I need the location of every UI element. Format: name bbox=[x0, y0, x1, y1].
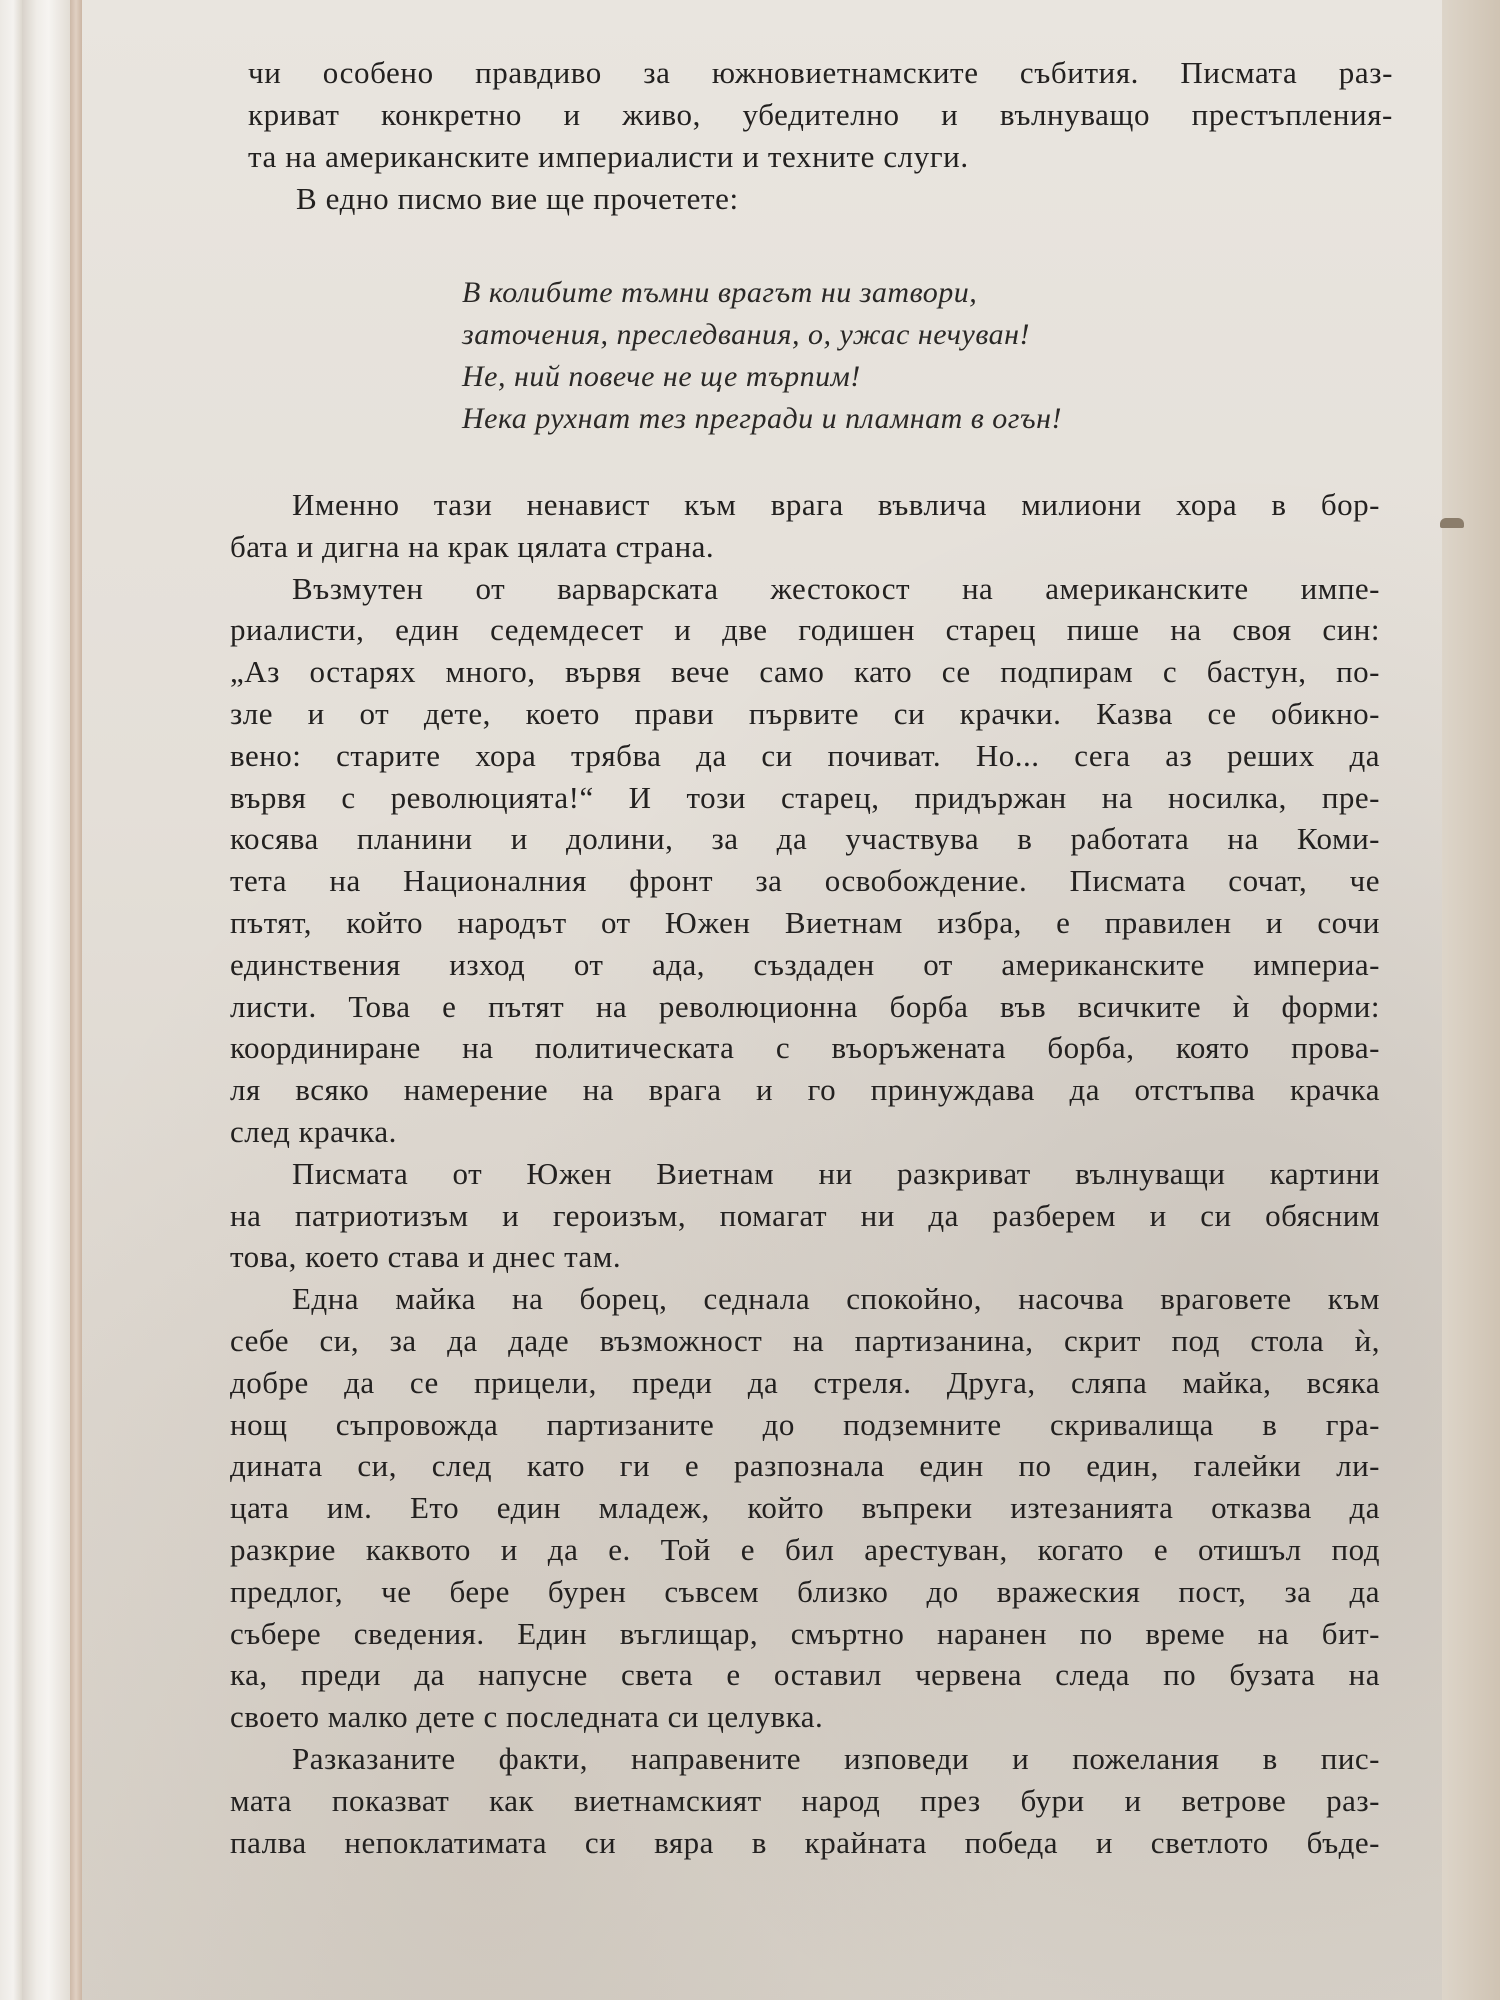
paragraph-4: Една майка на борец, седнала спокойно, н… bbox=[230, 1278, 1380, 1738]
book-spine bbox=[22, 0, 71, 2000]
poem-line: Не, ний повече не ще търпим! bbox=[462, 356, 1262, 398]
text-line: В едно писмо вие ще прочетете: bbox=[248, 178, 1393, 220]
text-line: ка, преди да напусне света е оставил чер… bbox=[230, 1654, 1380, 1696]
book-binding bbox=[0, 0, 22, 2000]
text-line: Именно тази ненавист към врага въвлича м… bbox=[230, 484, 1380, 526]
text-line: събере сведения. Един въглищар, смъртно … bbox=[230, 1613, 1380, 1655]
text-line: вървя с революцията!“ И този старец, при… bbox=[230, 777, 1380, 819]
text-line: дината си, след като ги е разпознала еди… bbox=[230, 1445, 1380, 1487]
poem-line: Нека рухнат тез прегради и пламнат в огъ… bbox=[462, 398, 1262, 440]
paragraph-5: Разказаните факти, направените изповеди … bbox=[230, 1738, 1380, 1863]
text-line: себе си, за да даде възможност на партиз… bbox=[230, 1320, 1380, 1362]
text-line: листи. Това е пътят на революционна борб… bbox=[230, 986, 1380, 1028]
text-line: палва непоклатимата си вяра в крайната п… bbox=[230, 1822, 1380, 1864]
text-line: косява планини и долини, за да участвува… bbox=[230, 818, 1380, 860]
text-line: ля всяко намерение на врага и го принужд… bbox=[230, 1069, 1380, 1111]
text-line: криват конкретно и живо, убедително и въ… bbox=[248, 94, 1393, 136]
text-line: зле и от дете, което прави първите си кр… bbox=[230, 693, 1380, 735]
page-fore-edge bbox=[1442, 0, 1500, 2000]
poem-line: В колибите тъмни врагът ни затвори, bbox=[462, 272, 1262, 314]
text-line: бата и дигна на крак цялата страна. bbox=[230, 526, 1380, 568]
text-line: чи особено правдиво за южновиетнамските … bbox=[248, 52, 1393, 94]
text-line: Възмутен от варварската жестокост на аме… bbox=[230, 568, 1380, 610]
intro-text: чи особено правдиво за южновиетнамските … bbox=[248, 52, 1393, 220]
text-line: пътят, който народът от Южен Виетнам изб… bbox=[230, 902, 1380, 944]
paragraph-3: Писмата от Южен Виетнам ни разкриват въл… bbox=[230, 1153, 1380, 1278]
page-notch bbox=[1440, 518, 1464, 528]
text-line: координиране на политическата с въоръжен… bbox=[230, 1027, 1380, 1069]
poem-quote: В колибите тъмни врагът ни затвори, зато… bbox=[462, 272, 1262, 440]
text-line: добре да се прицели, преди да стреля. Др… bbox=[230, 1362, 1380, 1404]
text-line: мата показват как виетнамският народ пре… bbox=[230, 1780, 1380, 1822]
text-line: на патриотизъм и героизъм, помагат ни да… bbox=[230, 1195, 1380, 1237]
poem-line: заточения, преследвания, о, ужас нечуван… bbox=[462, 314, 1262, 356]
text-line: разкрие каквото и да е. Той е бил аресту… bbox=[230, 1529, 1380, 1571]
text-line: та на американските империалисти и техни… bbox=[248, 136, 1393, 178]
text-line: нощ съпровожда партизаните до подземните… bbox=[230, 1404, 1380, 1446]
paragraph-2: Възмутен от варварската жестокост на аме… bbox=[230, 568, 1380, 1153]
text-line: тета на Националния фронт за освобождени… bbox=[230, 860, 1380, 902]
text-line: единствения изход от ада, създаден от ам… bbox=[230, 944, 1380, 986]
text-line: вено: старите хора трябва да си почиват.… bbox=[230, 735, 1380, 777]
text-line: своето малко дете с последната си целувк… bbox=[230, 1696, 1380, 1738]
body-text: Именно тази ненавист към врага въвлича м… bbox=[230, 484, 1380, 1863]
text-line: това, което става и днес там. bbox=[230, 1236, 1380, 1278]
text-line: Една майка на борец, седнала спокойно, н… bbox=[230, 1278, 1380, 1320]
text-line: Писмата от Южен Виетнам ни разкриват въл… bbox=[230, 1153, 1380, 1195]
spine-edge bbox=[70, 0, 82, 2000]
text-line: „Аз остарях много, вървя вече само като … bbox=[230, 651, 1380, 693]
text-line: предлог, че бере бурен съвсем близко до … bbox=[230, 1571, 1380, 1613]
paragraph-1: Именно тази ненавист към врага въвлича м… bbox=[230, 484, 1380, 568]
text-line: цата им. Ето един младеж, който въпреки … bbox=[230, 1487, 1380, 1529]
text-line: риалисти, един седемдесет и две годишен … bbox=[230, 609, 1380, 651]
text-line: Разказаните факти, направените изповеди … bbox=[230, 1738, 1380, 1780]
text-line: след крачка. bbox=[230, 1111, 1380, 1153]
